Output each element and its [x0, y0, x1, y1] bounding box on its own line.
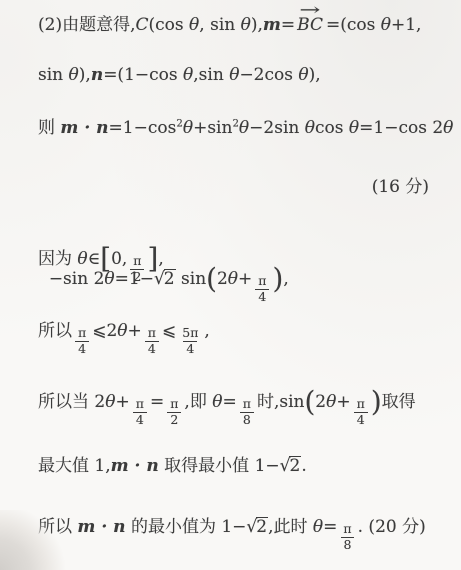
- fraction-numerator: 5π: [179, 326, 201, 340]
- math-text: , sin: [199, 15, 240, 35]
- math-variable: θ: [105, 392, 115, 412]
- math-text: 最大值 1,: [38, 456, 111, 476]
- math-text: +: [115, 392, 129, 412]
- math-text: ⩽: [162, 321, 176, 341]
- math-fraction: π4: [133, 397, 147, 427]
- math-text: sin: [38, 65, 69, 85]
- math-text: +1,: [391, 15, 421, 35]
- fraction-denominator: 2: [130, 269, 144, 284]
- score-marker-16: (16 分): [372, 164, 429, 210]
- math-fraction: 5π4: [179, 326, 201, 356]
- math-line-6: 所以π4⩽2θ+π4⩽5π4,: [38, 308, 447, 354]
- math-variable: C: [135, 15, 148, 35]
- math-line-2: sin θ),n=(1−cos θ,sin θ−2cos θ),: [38, 52, 447, 98]
- math-text: ,即: [184, 392, 212, 412]
- fraction-denominator: 8: [240, 412, 254, 427]
- math-fraction: π8: [340, 522, 354, 552]
- math-text: +: [128, 321, 142, 341]
- math-line-9: 所以 m · n 的最小值为 1−√2,此时 θ=π8. (20 分): [38, 504, 447, 550]
- math-variable: θ: [183, 65, 193, 85]
- fraction-numerator: π: [340, 522, 354, 536]
- math-text: 则: [38, 118, 60, 138]
- fraction-denominator: 4: [75, 341, 89, 356]
- fraction-numerator: π: [354, 397, 368, 411]
- math-radicand: 2: [256, 517, 268, 537]
- math-variable: θ: [326, 392, 336, 412]
- math-bold-variable: ·: [78, 118, 96, 138]
- math-fraction: π8: [240, 397, 254, 427]
- math-text: ,此时: [268, 517, 313, 537]
- math-variable: θ: [381, 15, 391, 35]
- fraction-numerator: π: [130, 254, 144, 268]
- math-big-delimiter: (: [304, 385, 315, 418]
- math-text: 所以: [38, 517, 77, 537]
- math-variable: θ: [241, 15, 251, 35]
- scanned-math-solution-page: (2)由题意得,C(cos θ, sin θ),m=BC=(cos θ+1, s…: [0, 0, 461, 570]
- math-bold-variable: ·: [95, 517, 113, 537]
- math-line-4: (16 分) −sin 2θ=1−√2 sin(2θ+π4),: [38, 164, 447, 210]
- math-text: =(1−cos: [103, 65, 183, 85]
- math-variable: θ: [212, 392, 222, 412]
- math-text: ),: [79, 65, 91, 85]
- math-variable: θ: [77, 249, 87, 269]
- math-line-8: 最大值 1,m · n 取得最小值 1−√2.: [38, 443, 447, 489]
- math-line-1: (2)由题意得,C(cos θ, sin θ),m=BC=(cos θ+1,: [38, 2, 447, 48]
- math-text: (2)由题意得,: [38, 15, 135, 35]
- math-text: =1−cos 2: [359, 118, 443, 138]
- math-bold-variable: n: [96, 118, 108, 138]
- fraction-denominator: 2: [167, 412, 181, 427]
- fraction-numerator: π: [240, 397, 254, 411]
- math-fraction: π4: [75, 326, 89, 356]
- math-text: ),: [251, 15, 263, 35]
- math-text: =: [222, 392, 236, 412]
- fraction-numerator: π: [75, 326, 89, 340]
- math-text: (cos: [149, 15, 190, 35]
- fraction-denominator: 4: [133, 412, 147, 427]
- math-text: 取得: [382, 392, 416, 412]
- math-text: cos: [315, 118, 349, 138]
- math-big-delimiter: ]: [148, 242, 159, 275]
- math-text: +sin: [193, 118, 232, 138]
- math-big-delimiter: ): [371, 385, 382, 418]
- fraction-denominator: 4: [183, 341, 197, 356]
- math-text: ,sin: [193, 65, 229, 85]
- fraction-denominator: 4: [354, 412, 368, 427]
- fraction-numerator: π: [167, 397, 181, 411]
- math-bold-variable: n: [91, 65, 103, 85]
- math-variable: θ: [443, 118, 453, 138]
- math-variable: θ: [183, 118, 193, 138]
- math-text: 所以: [38, 321, 72, 341]
- math-variable: θ: [239, 118, 249, 138]
- math-text: =: [150, 392, 164, 412]
- math-text: ⩽2: [92, 321, 117, 341]
- math-bold-variable: n: [113, 517, 125, 537]
- fraction-numerator: π: [145, 326, 159, 340]
- math-variable: θ: [69, 65, 79, 85]
- math-bold-variable: m: [60, 118, 78, 138]
- math-text: 2: [315, 392, 326, 412]
- math-variable: θ: [298, 65, 308, 85]
- math-text: . (20 分): [358, 517, 426, 537]
- math-line-3: 则 m · n=1−cos2θ+sin2θ−2sin θcos θ=1−cos …: [38, 105, 447, 151]
- math-text: 所以当 2: [38, 392, 105, 412]
- math-line-5: 因为 θ∈[0,π2],: [38, 236, 447, 282]
- math-vector-with-arrow-icon: BC: [297, 15, 323, 35]
- math-text: =(cos: [326, 15, 381, 35]
- fraction-numerator: π: [133, 397, 147, 411]
- math-text: 0,: [111, 249, 127, 269]
- math-text: .: [301, 456, 306, 476]
- math-text: 的最小值为 1−: [126, 517, 247, 537]
- math-fraction: π4: [145, 326, 159, 356]
- math-text: 因为: [38, 249, 77, 269]
- math-bold-variable: ·: [129, 456, 147, 476]
- math-variable: θ: [229, 65, 239, 85]
- math-text: =1−cos: [109, 118, 177, 138]
- math-text: ),: [309, 65, 321, 85]
- math-line-7: 所以当 2θ+π4=π2,即 θ=π8时,sin(2θ+π4)取得: [38, 379, 447, 425]
- math-variable: θ: [117, 321, 127, 341]
- math-bold-variable: m: [111, 456, 129, 476]
- math-text: −2sin: [249, 118, 305, 138]
- math-big-delimiter: [: [100, 242, 111, 275]
- math-bold-variable: m: [263, 15, 281, 35]
- math-text: 时,sin: [257, 392, 305, 412]
- math-bold-variable: n: [146, 456, 158, 476]
- math-fraction: π4: [354, 397, 368, 427]
- math-bold-variable: m: [77, 517, 95, 537]
- fraction-denominator: 4: [255, 289, 269, 304]
- math-variable: θ: [305, 118, 315, 138]
- fraction-denominator: 8: [341, 537, 355, 552]
- math-text: 取得最小值 1−: [159, 456, 280, 476]
- math-text: −2cos: [239, 65, 298, 85]
- fraction-denominator: 4: [145, 341, 159, 356]
- math-variable: θ: [189, 15, 199, 35]
- math-text: ,: [158, 249, 163, 269]
- math-variable: θ: [349, 118, 359, 138]
- math-radicand: 2: [289, 456, 301, 476]
- math-text: ∈: [88, 249, 101, 269]
- math-variable: θ: [313, 517, 323, 537]
- math-fraction: π2: [167, 397, 181, 427]
- math-text: +: [336, 392, 350, 412]
- math-fraction: π2: [130, 254, 144, 284]
- math-text: ,: [204, 321, 209, 341]
- math-text: =: [323, 517, 337, 537]
